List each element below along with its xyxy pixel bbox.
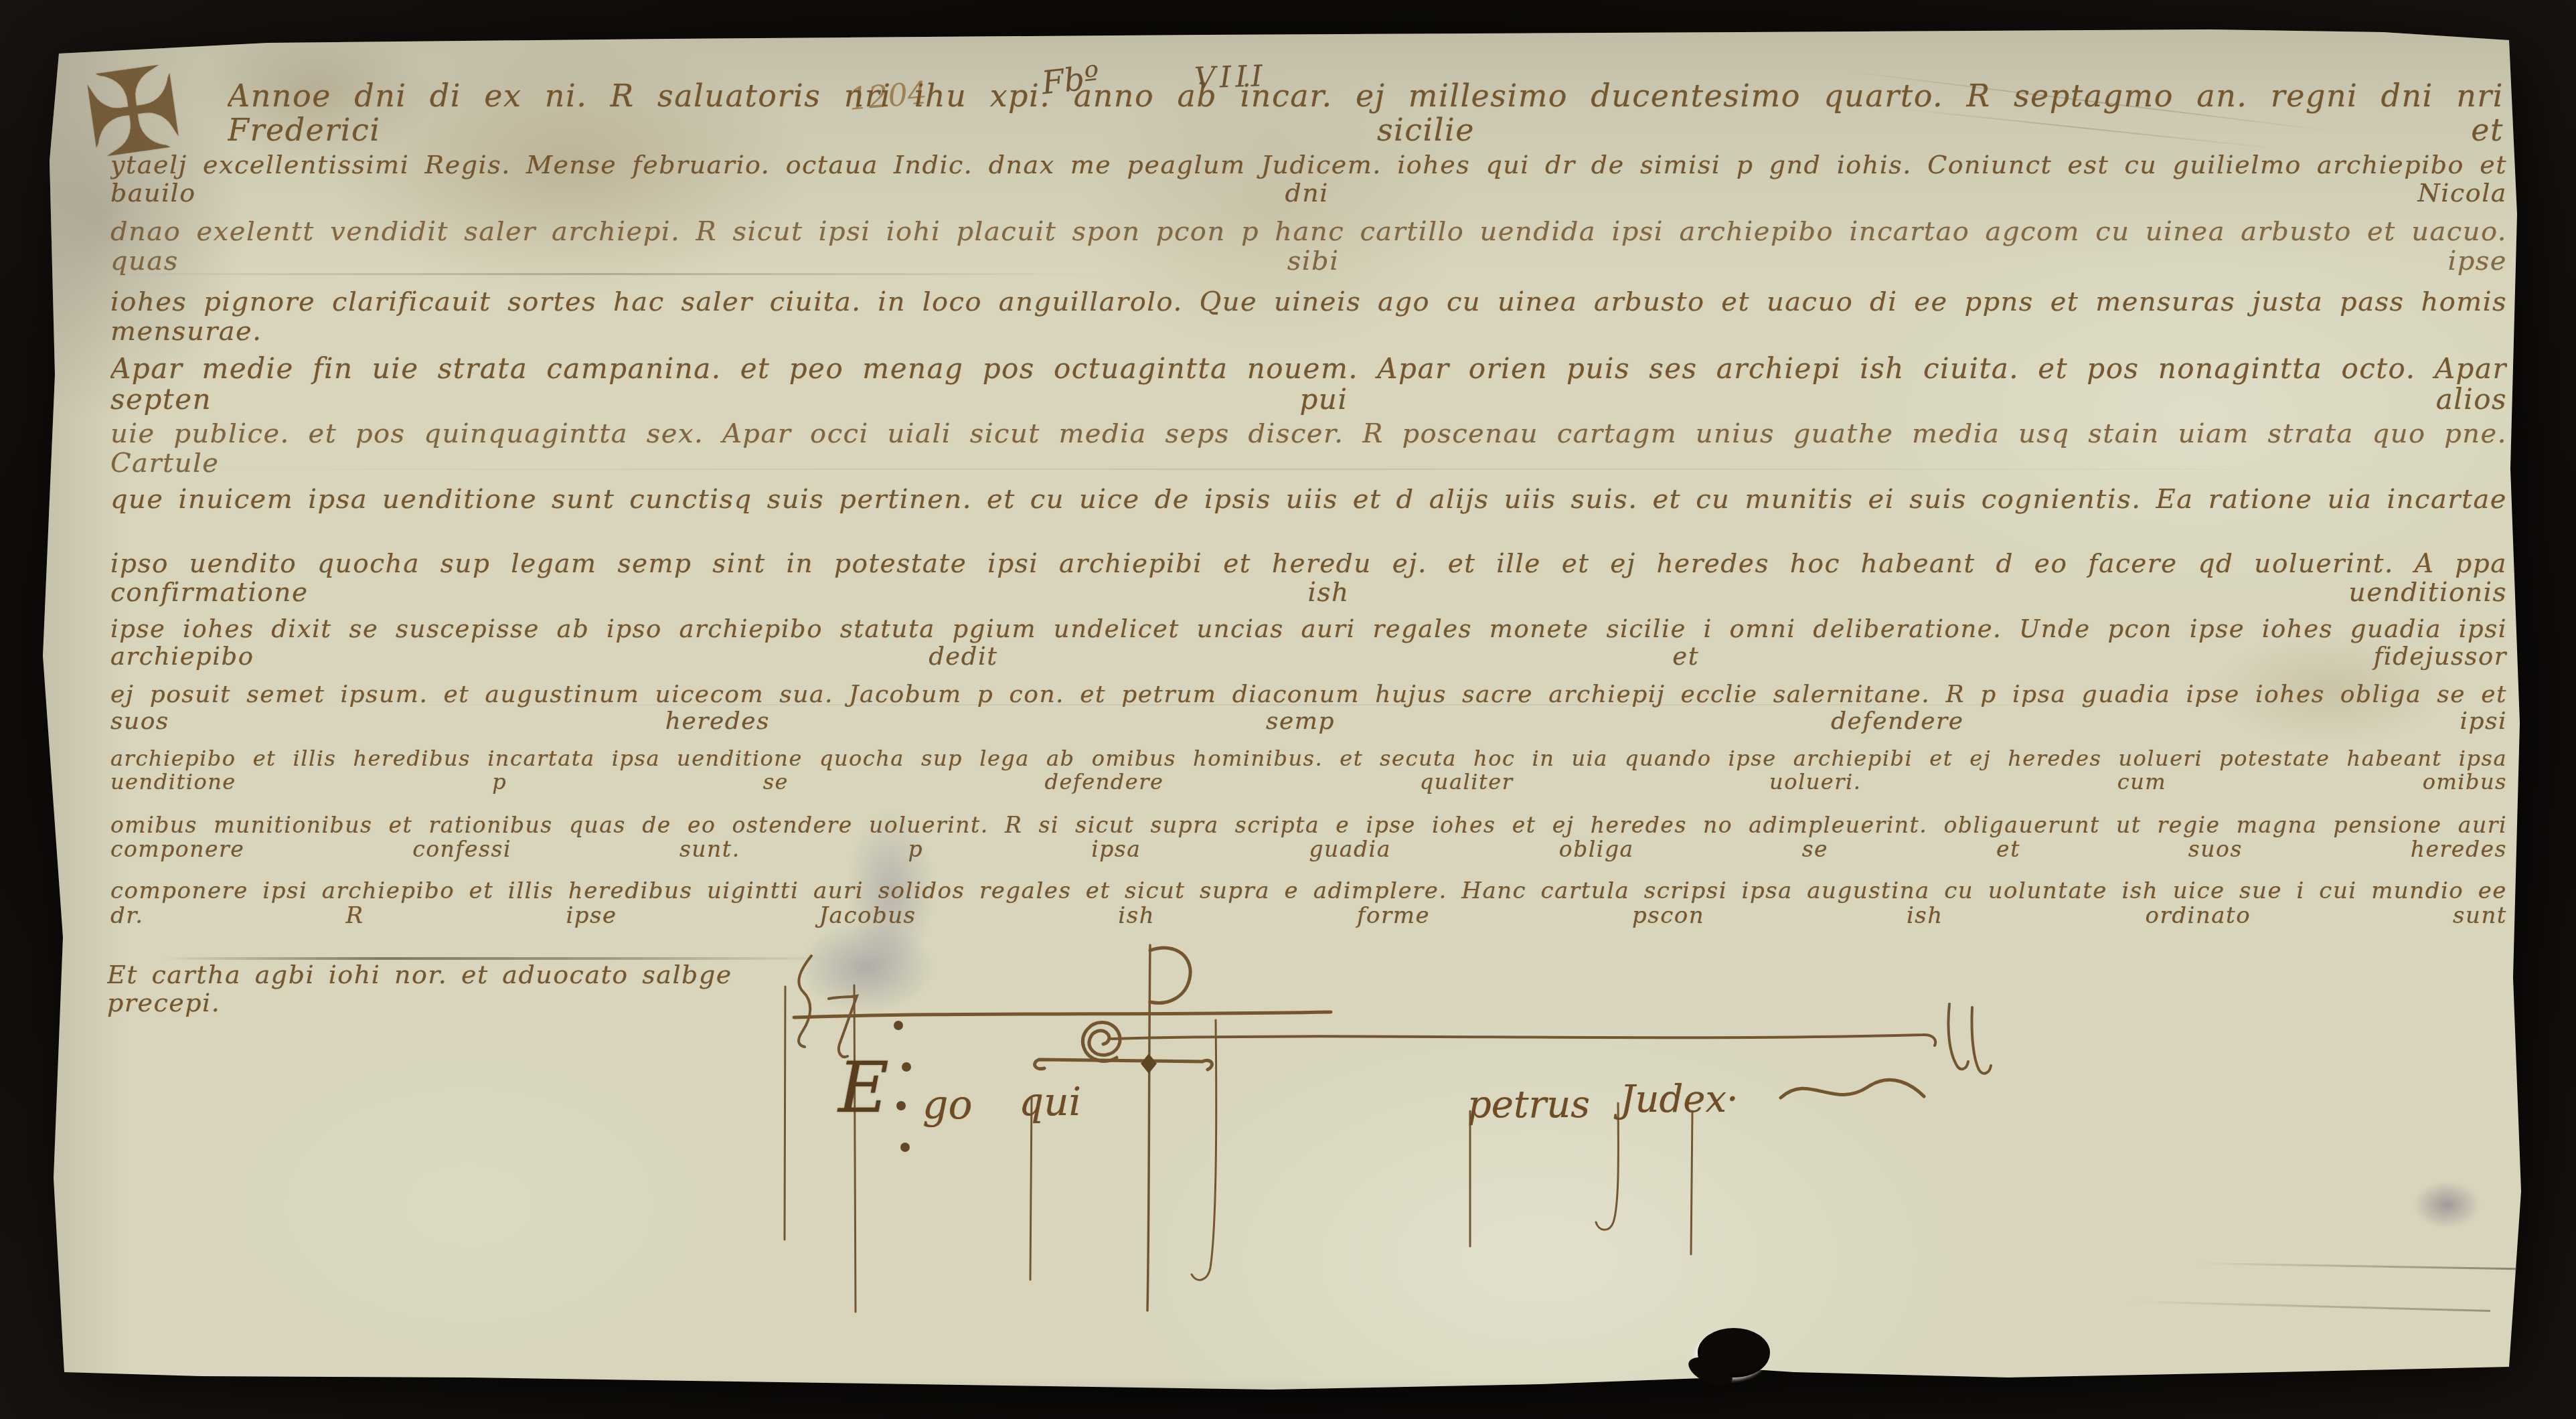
signum-descender — [785, 987, 785, 1240]
notary-signum-flourishes — [0, 0, 2576, 1419]
signum-descender — [1192, 1020, 1216, 1280]
signum-right-hook — [1971, 1007, 1991, 1074]
photograph-of-parchment-charter: 1204 Fbº VIII ✠ Annoe dni di ex ni. R sa… — [0, 0, 2576, 1419]
signum-spiral — [1082, 1022, 1120, 1061]
signature-word-qui: qui — [1019, 1079, 1081, 1124]
signature-word-petrus: petrus — [1467, 1083, 1590, 1126]
signum-rule-lower — [1111, 1035, 1935, 1046]
signum-p-flourish — [1150, 948, 1190, 1003]
signum-crossbar-node — [1141, 1054, 1157, 1074]
signum-rule-upper — [794, 1012, 1331, 1017]
signum-initial-dot — [896, 1101, 906, 1110]
signum-initial-dot — [894, 1021, 903, 1030]
signum-s-flourish — [799, 956, 811, 1047]
signum-long-stem — [1147, 945, 1150, 1311]
signum-descender — [854, 985, 856, 1312]
signum-tail-squiggle — [1781, 1080, 1924, 1098]
signature-word-go: go — [922, 1082, 973, 1129]
signum-initial-dot — [900, 1143, 910, 1152]
signum-right-hook — [1948, 1004, 1968, 1069]
signum-initial-dot — [902, 1062, 911, 1072]
signature-word-judex: Judex· — [1620, 1078, 1739, 1121]
signum-descender — [1030, 1098, 1032, 1280]
signum-descender — [1596, 1103, 1618, 1230]
signum-crossbar — [1035, 1060, 1212, 1070]
signum-descender — [1691, 1111, 1692, 1254]
signature-initial-E: E — [838, 1047, 889, 1129]
